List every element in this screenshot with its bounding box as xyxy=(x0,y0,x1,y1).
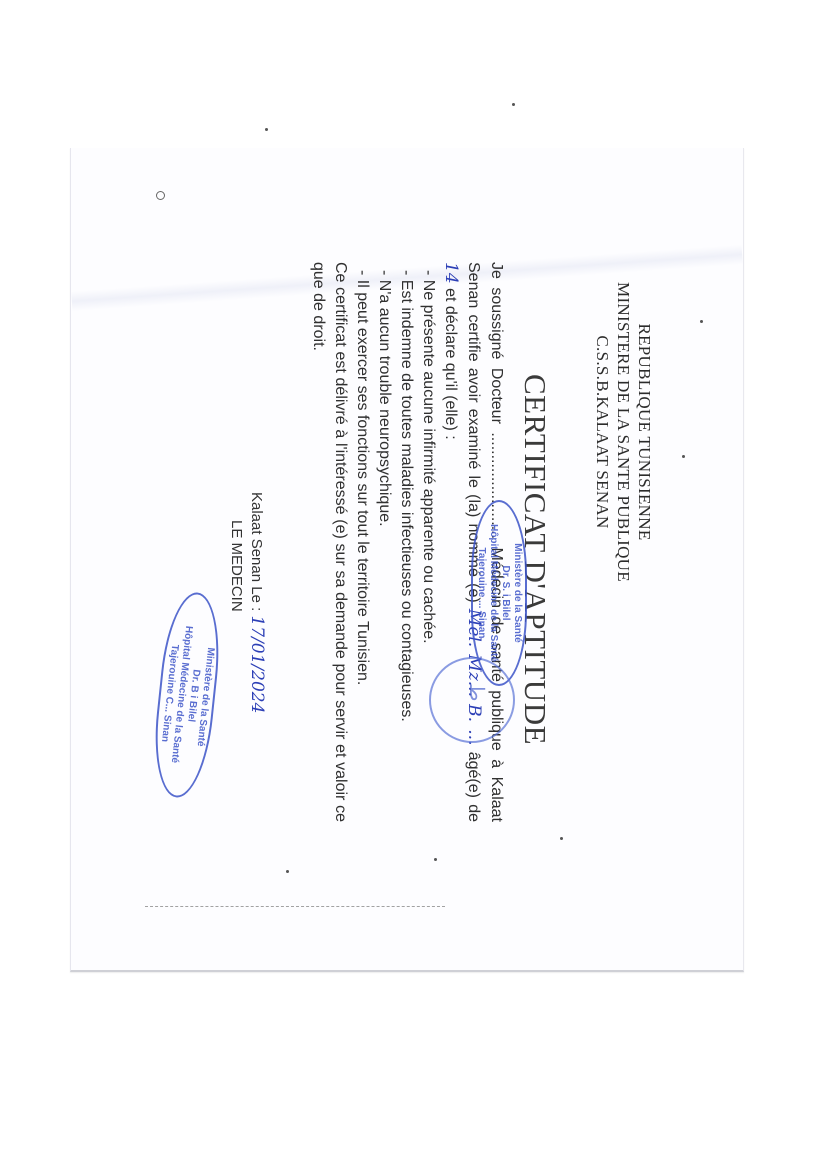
scan-speck xyxy=(700,320,703,323)
place-date-label: Kalaat Senan Le : xyxy=(248,492,265,615)
intro-text-a: Je soussigné Docteur xyxy=(488,262,505,432)
round-official-stamp: ط xyxy=(429,657,515,743)
letterhead: REPUBLIQUE TUNISIENNE MINISTERE DE LA SA… xyxy=(592,262,655,602)
declaration-item: Il peut exercer ses fonctions sur tout l… xyxy=(351,270,373,822)
header-republic: REPUBLIQUE TUNISIENNE xyxy=(634,262,655,602)
stamp-line: Tajerouine ... Sinan xyxy=(475,508,487,678)
stamp-line: Dr. S. i Bilel xyxy=(499,508,511,678)
scan-speck xyxy=(286,870,289,873)
punch-hole-mark xyxy=(156,191,165,200)
declaration-item: Ne présente aucune infirmité apparente o… xyxy=(417,270,439,822)
intro-text-d: et déclare qu'il (elle) : xyxy=(442,284,459,440)
declaration-item: Est indemne de toutes maladies infectieu… xyxy=(395,270,417,822)
age-handwritten: 14 xyxy=(441,262,461,284)
closing-paragraph: Ce certificat est délivré à l'intéressé … xyxy=(307,262,351,822)
stamp-line: Ministère de la Santé xyxy=(511,508,523,678)
certificate-content: REPUBLIQUE TUNISIENNE MINISTERE DE LA SA… xyxy=(195,262,655,942)
round-stamp-glyph: ط xyxy=(464,683,489,702)
date-handwritten: 17/01/2024 xyxy=(247,615,267,713)
declaration-list: Ne présente aucune infirmité apparente o… xyxy=(351,262,439,822)
scan-speck xyxy=(560,837,563,840)
signature-block: Kalaat Senan Le : 17/01/2024 LE MEDECIN xyxy=(228,492,267,713)
signatory-label: LE MEDECIN xyxy=(228,520,245,713)
header-ministry: MINISTERE DE LA SANTE PUBLIQUE xyxy=(613,262,634,602)
scan-speck xyxy=(682,455,685,458)
intro-text-c: âgé(e) de xyxy=(465,745,482,822)
scan-speck xyxy=(434,858,437,861)
dotted-footer-line xyxy=(145,906,445,907)
header-center: C.S.S.B.KALAAT SENAN xyxy=(592,262,613,602)
scan-speck xyxy=(512,103,515,106)
stamp-line: Hôpital Médecine de la Santé xyxy=(487,508,499,678)
declaration-item: N'a aucun trouble neuropsychique. xyxy=(373,270,395,822)
scan-speck xyxy=(265,128,268,131)
